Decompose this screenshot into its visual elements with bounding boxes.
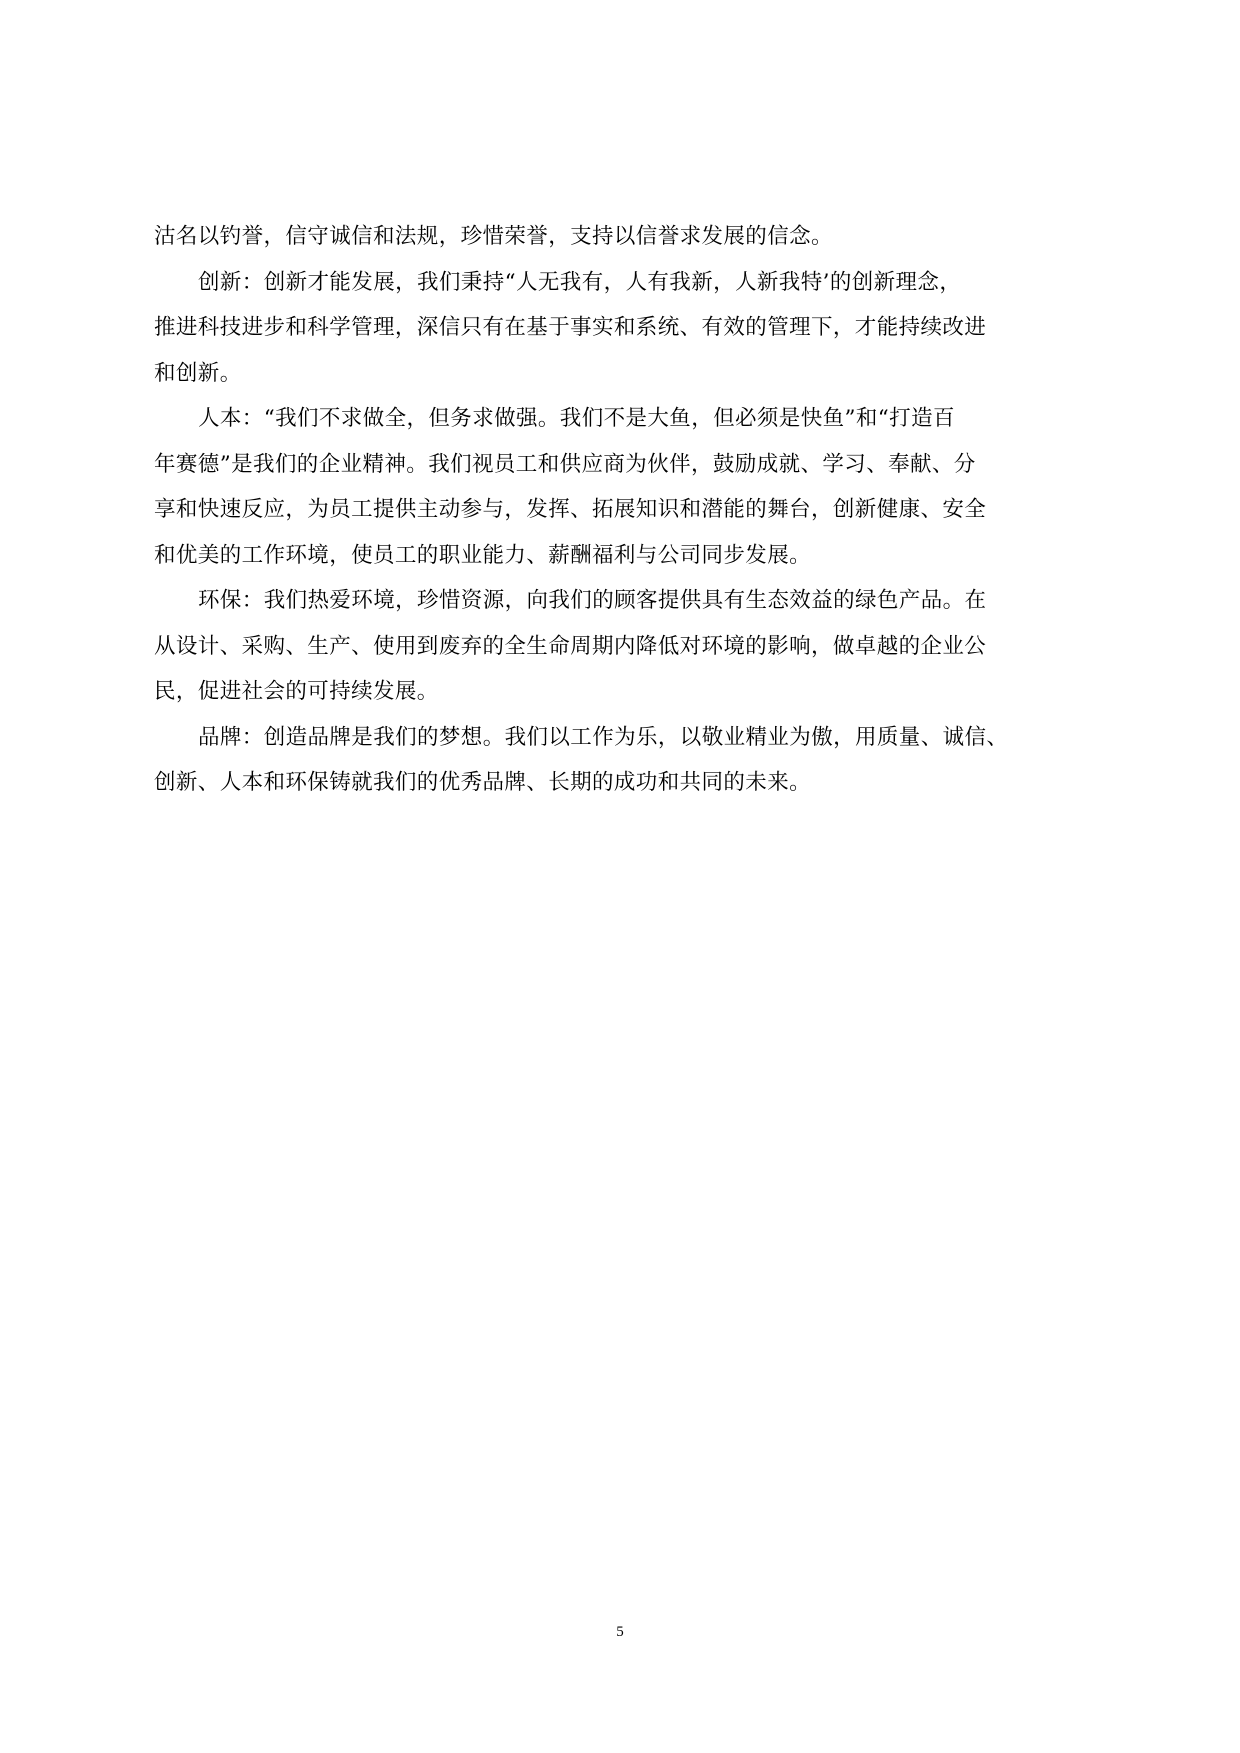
text-line: 创新、人本和环保铸就我们的优秀品牌、长期的成功和共同的未来。 — [154, 760, 1094, 806]
text-line: 民，促进社会的可持续发展。 — [154, 669, 1094, 715]
paragraph-innovation: 创新：创新才能发展，我们秉持“人无我有，人有我新，人新我特’的创新理念， 推进科… — [154, 260, 1094, 397]
text-line: 享和快速反应，为员工提供主动参与，发挥、拓展知识和潜能的舞台，创新健康、安全 — [154, 487, 1094, 533]
text-line: 环保：我们热爱环境，珍惜资源，向我们的顾客提供具有生态效益的绿色产品。在 — [154, 578, 1094, 624]
paragraph-integrity-continuation: 沽名以钓誉，信守诚信和法规，珍惜荣誉，支持以信誉求发展的信念。 — [154, 214, 1094, 260]
page-number: 5 — [0, 1624, 1240, 1641]
body-text: 沽名以钓誉，信守诚信和法规，珍惜荣誉，支持以信誉求发展的信念。 创新：创新才能发… — [154, 214, 1094, 806]
text-line: 推进科技进步和科学管理，深信只有在基于事实和系统、有效的管理下，才能持续改进 — [154, 305, 1094, 351]
text-line: 和优美的工作环境，使员工的职业能力、薪酬福利与公司同步发展。 — [154, 533, 1094, 579]
text-line: 创新：创新才能发展，我们秉持“人无我有，人有我新，人新我特’的创新理念， — [154, 260, 1094, 306]
text-line: 品牌：创造品牌是我们的梦想。我们以工作为乐，以敬业精业为傲，用质量、诚信、 — [154, 715, 1094, 761]
document-page: 沽名以钓誉，信守诚信和法规，珍惜荣誉，支持以信誉求发展的信念。 创新：创新才能发… — [0, 0, 1240, 1753]
text-line: 和创新。 — [154, 351, 1094, 397]
paragraph-brand: 品牌：创造品牌是我们的梦想。我们以工作为乐，以敬业精业为傲，用质量、诚信、 创新… — [154, 715, 1094, 806]
text-line: 沽名以钓誉，信守诚信和法规，珍惜荣誉，支持以信誉求发展的信念。 — [154, 214, 1094, 260]
paragraph-environment: 环保：我们热爱环境，珍惜资源，向我们的顾客提供具有生态效益的绿色产品。在 从设计… — [154, 578, 1094, 715]
paragraph-people-oriented: 人本：“我们不求做全，但务求做强。我们不是大鱼，但必须是快鱼”和“打造百 年赛德… — [154, 396, 1094, 578]
text-line: 年赛德”是我们的企业精神。我们视员工和供应商为伙伴，鼓励成就、学习、奉献、分 — [154, 442, 1094, 488]
text-line: 从设计、采购、生产、使用到废弃的全生命周期内降低对环境的影响，做卓越的企业公 — [154, 624, 1094, 670]
text-line: 人本：“我们不求做全，但务求做强。我们不是大鱼，但必须是快鱼”和“打造百 — [154, 396, 1094, 442]
